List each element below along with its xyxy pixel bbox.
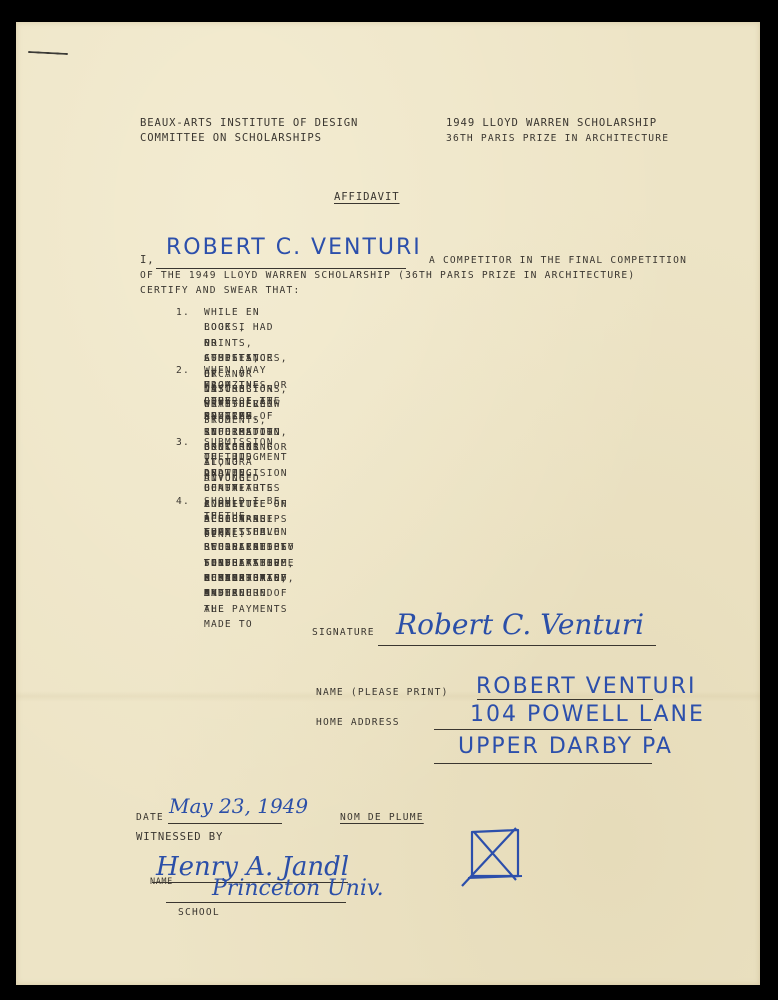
address-value-2: UPPER DARBY PA [458, 734, 673, 759]
date-value: May 23, 1949 [169, 794, 308, 818]
witness-school-label: SCHOOL [178, 905, 220, 920]
x-box-mark [456, 822, 526, 888]
clause-number: 4. [176, 494, 190, 509]
clause-line: SHOULD I BE THE SUCCESSFUL RECIPIENT OF … [204, 494, 295, 509]
header-left: BEAUX-ARTS INSTITUTE OF DESIGN COMMITTEE… [140, 116, 358, 147]
signature-label: SIGNATURE [312, 625, 375, 640]
clause-line: THE JUDGMENT AND DECISION OF THE COMMITT… [204, 450, 288, 465]
pencil-mark [28, 51, 68, 55]
address-line-1 [434, 729, 652, 730]
address-value-1: 104 POWELL LANE [470, 702, 705, 727]
witness-school-value: Princeton Univ. [212, 876, 384, 901]
clause-line: SUBMISSION OF THIS DRAWING CONSTITUTES A… [204, 435, 288, 450]
clause-line: BE OBLIGED TO FORFEIT THE REMAINDER OF M… [204, 540, 295, 555]
address-label: HOME ADDRESS [316, 715, 400, 730]
prize-title: 36TH PARIS PRIZE IN ARCHITECTURE [446, 131, 669, 146]
institute-name: BEAUX-ARTS INSTITUTE OF DESIGN [140, 116, 358, 131]
committee-name: COMMITTEE ON SCHOLARSHIPS [140, 131, 358, 146]
intro-line3: CERTIFY AND SWEAR THAT: [140, 283, 300, 298]
date-label: DATE [136, 810, 164, 825]
nom-de-plume-label: NOM DE PLUME [340, 810, 424, 825]
intro-line2: OF THE 1949 LLOYD WARREN SCHOLARSHIP (36… [140, 268, 635, 283]
clause-number: 2. [176, 363, 190, 378]
affidavit-page: BEAUX-ARTS INSTITUTE OF DESIGN COMMITTEE… [16, 22, 760, 985]
intro-prefix: I, [140, 253, 155, 268]
clause-line: COPY OF THE PROGRAM, STUDIES OR SKETCHES… [204, 394, 288, 409]
name-line [477, 699, 653, 700]
scholarship-title: 1949 LLOYD WARREN SCHOLARSHIP [446, 116, 669, 131]
name-label: NAME (PLEASE PRINT) [316, 685, 449, 700]
clause-number: 1. [176, 305, 190, 320]
competitor-name: ROBERT C. VENTURI [166, 235, 422, 260]
intro-line1: A COMPETITOR IN THE FINAL COMPETITION [429, 253, 687, 268]
witness-school-line [166, 902, 346, 903]
clause-number: 3. [176, 435, 190, 450]
document-title: AFFIDAVIT [334, 190, 400, 205]
witness-name-label: NAME [150, 875, 173, 890]
witnessed-by-heading: WITNESSED BY [136, 830, 223, 845]
clause-line: MAGAZINES OR OTHER SOURCES OF INFORMATIO… [204, 378, 288, 393]
clause-line: WHILE EN LOGE I HAD NO ASSISTANCE OF ANY… [204, 305, 288, 320]
signature-value: Robert C. Venturi [396, 608, 644, 641]
signature-line [378, 645, 656, 646]
clause-line: WHEN AWAY FROM THE LOGE, I AT NO TIME RE… [204, 363, 288, 378]
printed-name: ROBERT VENTURI [476, 674, 696, 699]
header-right: 1949 LLOYD WARREN SCHOLARSHIP 36TH PARIS… [446, 116, 669, 147]
address-line-2 [434, 763, 652, 764]
date-line [168, 823, 282, 824]
clause-line: IF THE COMMITTEE ON SCHOLARSHIPS FINDS A… [204, 509, 295, 524]
